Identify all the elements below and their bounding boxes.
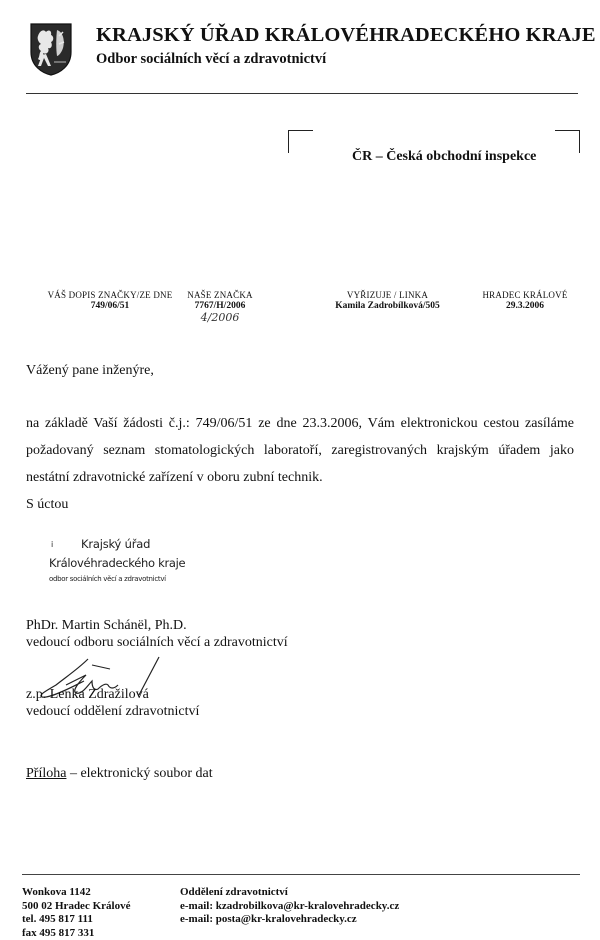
ref-label: HRADEC KRÁLOVÉ xyxy=(460,290,590,301)
ref-label: VYŘIZUJE / LINKA xyxy=(300,290,475,301)
attachment-label: Příloha xyxy=(26,766,66,781)
footer-department: Oddělení zdravotnictví xyxy=(180,886,399,900)
salutation: Vážený pane inženýre, xyxy=(26,363,154,379)
ref-handled-by: VYŘIZUJE / LINKA Kamila Zadrobílková/505 xyxy=(300,290,475,312)
signatory-role-2: vedoucí oddělení zdravotnictví xyxy=(26,704,199,720)
attachment-line: Příloha – elektronický soubor dat xyxy=(26,766,213,782)
footer-fax: fax 495 817 331 xyxy=(22,927,130,940)
footer-divider xyxy=(22,874,580,875)
stamp-line-2: Královéhradeckého kraje xyxy=(49,556,185,570)
footer-phone: tel. 495 817 111 xyxy=(22,913,130,927)
ref-value: Kamila Zadrobílková/505 xyxy=(300,301,475,312)
stamp-line-3: odbor sociálních věcí a zdravotnictví xyxy=(49,575,166,583)
header-divider xyxy=(26,93,578,94)
footer-email-1[interactable]: e-mail: kzadrobilkova@kr-kralovehradecky… xyxy=(180,900,399,914)
closing: S úctou xyxy=(26,497,68,513)
coat-of-arms-icon xyxy=(30,22,72,76)
address-bracket-right xyxy=(555,130,580,153)
footer-city: 500 02 Hradec Králové xyxy=(22,900,130,914)
department-subtitle: Odbor sociálních věcí a zdravotnictví xyxy=(96,51,326,68)
handwritten-note: 4/2006 xyxy=(165,312,275,323)
stamp-mark: i xyxy=(51,540,53,549)
signatory-name-2: z.p. Lenka Zdražilová xyxy=(26,687,149,703)
ref-place-date: HRADEC KRÁLOVÉ 29.3.2006 xyxy=(460,290,590,312)
footer-email-2[interactable]: e-mail: posta@kr-kralovehradecky.cz xyxy=(180,913,399,927)
paragraph-line: požadovaný seznam stomatologických labor… xyxy=(26,437,574,464)
address-bracket-left xyxy=(288,130,313,153)
footer-address: Wonkova 1142 500 02 Hradec Králové tel. … xyxy=(22,886,130,940)
paragraph-line: na základě Vaší žádosti č.j.: 749/06/51 … xyxy=(26,410,574,437)
letter-paragraph: na základě Vaší žádosti č.j.: 749/06/51 … xyxy=(26,410,574,491)
signatory-role-1: vedoucí odboru sociálních věcí a zdravot… xyxy=(26,635,288,651)
footer-contacts: Oddělení zdravotnictví e-mail: kzadrobil… xyxy=(180,886,399,927)
paragraph-line: nestátní zdravotnické zařízení v oboru z… xyxy=(26,464,574,491)
attachment-text: – elektronický soubor dat xyxy=(66,766,212,781)
office-title: KRAJSKÝ ÚŘAD KRÁLOVÉHRADECKÉHO KRAJE xyxy=(96,24,596,47)
signatory-name-1: PhDr. Martin Schánël, Ph.D. xyxy=(26,618,187,634)
addressee: ČR – Česká obchodní inspekce xyxy=(352,149,536,165)
ref-value: 29.3.2006 xyxy=(460,301,590,312)
ref-label: NAŠE ZNAČKA xyxy=(165,290,275,301)
stamp-line-1: Krajský úřad xyxy=(81,537,150,551)
footer-street: Wonkova 1142 xyxy=(22,886,130,900)
ref-our-mark: NAŠE ZNAČKA 7767/H/2006 4/2006 xyxy=(165,290,275,323)
